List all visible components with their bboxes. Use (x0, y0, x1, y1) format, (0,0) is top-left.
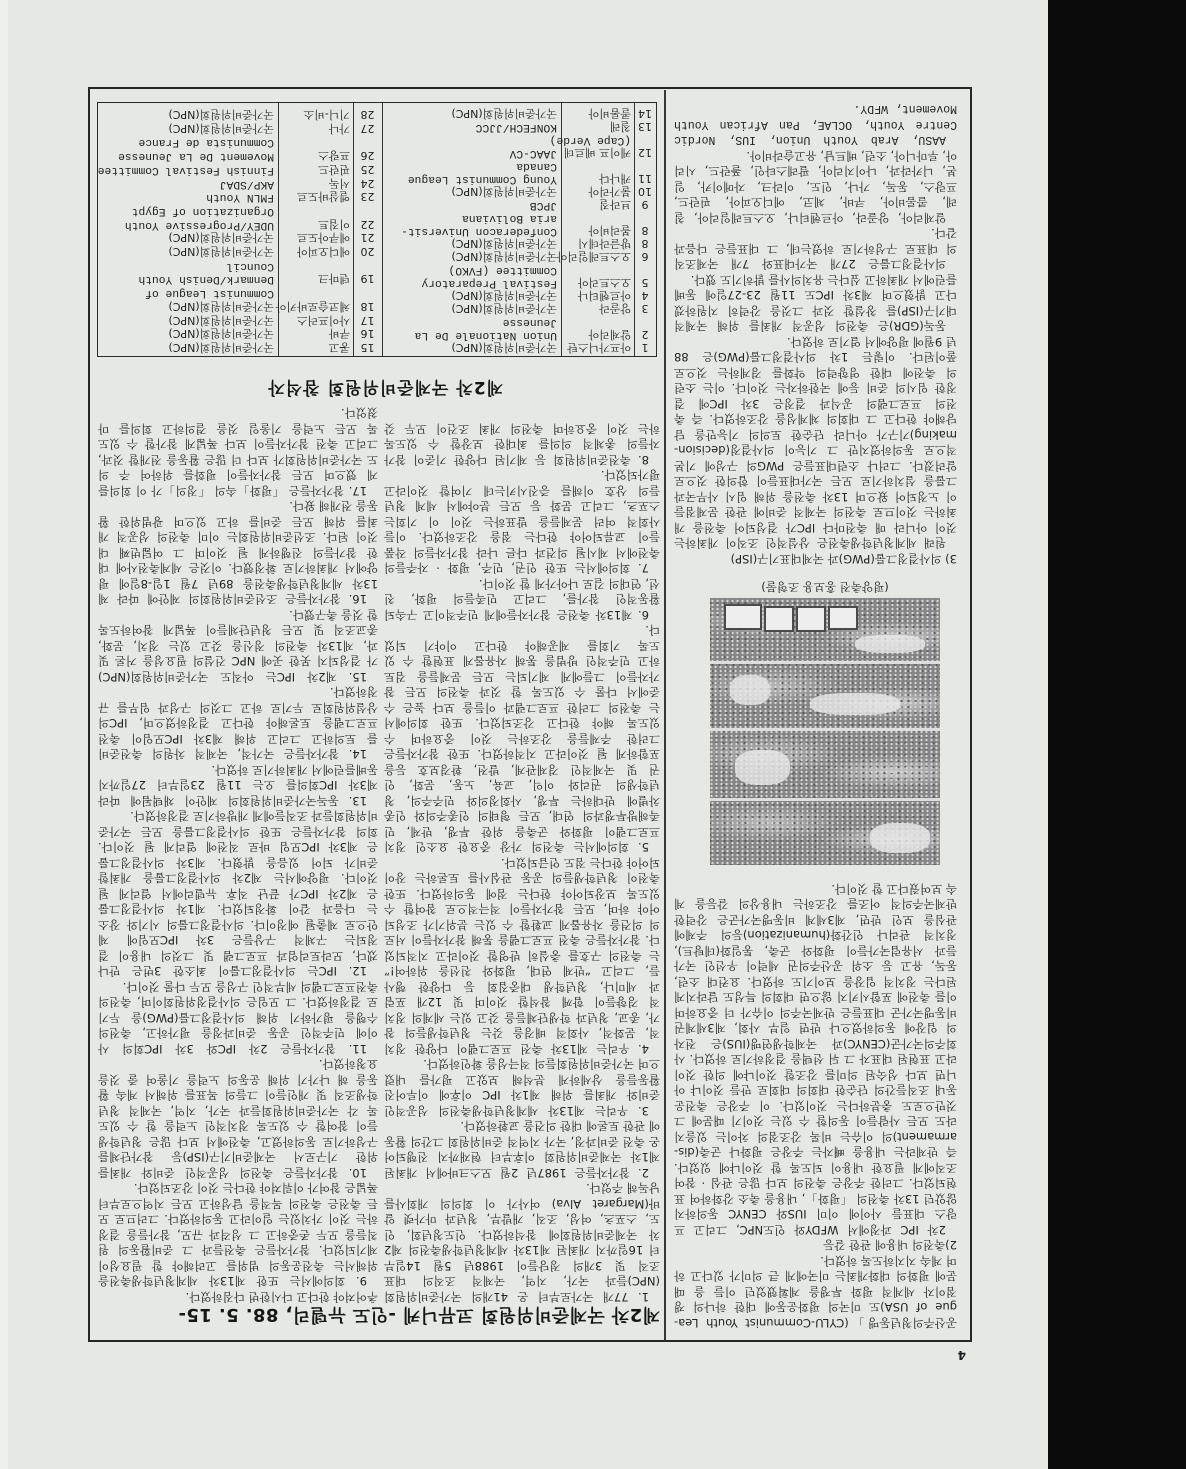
text-line: 동독(GDR)은 축전의 성공적 개최를 위해 국제적 (674, 318, 957, 334)
organization-line: 국가준비위원회(NPC) (98, 299, 274, 313)
text-line: 16. 참가자들은 조선준비위원회의 제안에 따라 제 (98, 591, 378, 607)
text-line: 자들의 총체적 의의를 최대한 보장할 수 있도록 (384, 436, 660, 452)
table-row: 27 가나 국가준비위원회(NPC) (98, 121, 382, 135)
column-1-upper: 공산주의청년동맹」(CYLU-Communist Youth Lea- gue … (674, 881, 957, 1331)
country-name: 에쿠아도르 (278, 231, 353, 245)
text-line: 이를 축전에 포함시키지 않으면 대회의 특성도 달라지게 (674, 989, 957, 1005)
table-row: 19 덴마크 Communist League ofDenmark/Denish… (98, 258, 382, 299)
text-line: 최하는 것이므로 축전의 국제적 준비에 관한 문제점들 (674, 504, 957, 520)
photo-lettering (828, 606, 858, 630)
organization-name: 국가준비위원회(NPC) (98, 121, 278, 135)
text-line: 그리고 축전 참가자들이 보다 폭넓게 참가할 수 있도 (98, 436, 378, 452)
text-line: 차 국제준비위원회에 참석하였다. 인도청년회, 인 (384, 1227, 660, 1243)
text-line: Centre Youth, OCLAE, Pan African Youth (674, 117, 957, 133)
country-name: 앙골라 (561, 302, 634, 315)
text-line: 4. 우리는 제13차 축전 프로그램이 다양한 정치 (384, 1041, 660, 1057)
text-line: 양에서 개최하기로 확정했다. 이것은 세계축전사에 대 (98, 560, 378, 576)
organization-line: 국가준비위원회(NPC) (382, 250, 557, 263)
text-line: 은 제3차 IPC모임 바로 직전에 열리게 될 것이다. (98, 839, 378, 855)
text-line: 준비가 되어 있음을 밝혔다. 제3차 의사결정그룹 (98, 855, 378, 871)
text-line: (NPC)들과 국가, 지역, 국제적 조직의 대표 (384, 1273, 660, 1289)
organization-line: Movement De La Jeunesse (98, 148, 274, 162)
organization-line: 국가준비위원회(NPC) (98, 327, 274, 341)
organization-line: 국가준비위원회(NPC) (382, 302, 557, 315)
text-line: 종교조직 및 모든 청년단체들이 폭넓게 참여하도록 (98, 622, 378, 638)
row-number: 25 (353, 162, 382, 176)
organization-line: Festival Preparatory (382, 276, 557, 289)
row-number: 8 (634, 211, 656, 237)
organization-name: 국가준비위원회(NPC) (98, 327, 278, 341)
text-line: 의 대표로 구성하기로 하였는데, 그 대표들은 다음과 (674, 241, 957, 257)
scanned-page: 4 제2차 국제준비위원회 코뮤니케 -인도 뉴델리, 88. 5. 15- 공… (0, 0, 1186, 1469)
organization-name: 국가준비위원회(NPC) (382, 289, 561, 302)
photo-highlight (810, 693, 900, 715)
text-line: 반제국주의적 어조를 강조하는 내용상의 갈등을 계 (674, 896, 957, 912)
organization-name: 국가준비위원회(NPC) (98, 313, 278, 327)
text-line: 과, 제13차 축전의 정신을 갖고 있는 정치, 문화, (98, 638, 378, 654)
photo-panel-divider (710, 798, 940, 801)
table-row: 5 오스트리아 Festival PreparatoryCommittee (F… (382, 263, 656, 289)
attendees-table-right: 15 콩고 국가준비위원회(NPC) 16 쿠바 국가준비위원회(NPC) 17… (98, 107, 382, 354)
text-line: 쳤었다. (98, 405, 378, 421)
row-number: 4 (634, 289, 656, 302)
row-number: 15 (353, 340, 382, 354)
country-name: 프랑스 (278, 135, 353, 162)
text-line: 풀이된다. 이렇든 1차 의사결정그룹(PWG)은 88 (674, 349, 957, 365)
text-line: 당해야 한다고 그 대회의 체계성을 강조하였다. 즉 축 (674, 411, 957, 427)
organization-name: 국가준비위원회(NPC) (382, 185, 561, 198)
text-line: 전의 프로그램의 공식과 결정은 3차 IPC에 결 (674, 396, 957, 412)
country-name: 엘살바도르 (278, 190, 353, 204)
text-line: 들이 참여할 수 있도록 정치적인 노력을 할 수 있도 (98, 1118, 378, 1134)
text-line: 속 보여줬다고 할 것이다. (674, 881, 957, 897)
organization-line: Denmark/Denish Youth (98, 272, 274, 286)
text-line: 12. IPC는 의사결정그룹이 최소한 3번은 만나 (98, 963, 378, 979)
organization-line: 국가준비위원회(NPC) (98, 244, 274, 258)
row-number: 26 (353, 135, 382, 162)
text-line: 축전프로그램의 세부적인 구성을 모두 다룰 것이다. (98, 979, 378, 995)
text-line: 동내 조직들간의 단순한 대회의 대회로 만들 것이냐 아 (674, 1082, 957, 1098)
text-line: 않았던 13차 축전의 「평화」, 내용을 축소 강화하여 표 (674, 1191, 957, 1207)
text-line: 라도 모든 사람들이 동의할 수 있는 것이기 때문에 그 (674, 1113, 957, 1129)
text-line: 원래 세계청년학생축전은 상설적인 조직이 개최하는 (674, 535, 957, 551)
text-line: 1. 77개 국가로부터 온 41개의 국가준비위원회 (384, 1289, 660, 1305)
organization-name: Confederacon Universit-aria Boliviana (382, 211, 561, 237)
text-line: 는 다음과 같이 확정되었다. 제1차 의사결정그룹 (98, 901, 378, 917)
country-name: 아르헨티나 (561, 289, 634, 302)
text-line: 11. 참가자들은 2차 IPC와 3차 IPC회의 사 (98, 1041, 378, 1057)
country-name: 알제리아 (561, 315, 634, 341)
table-row: 8 방글라데시 국가준비위원회(NPC) (382, 237, 656, 250)
organization-name: KONFECH/JJCC (382, 120, 561, 133)
organization-name: 국가준비위원회(NPC) (382, 107, 561, 120)
text-line: 문에 평화의 대화개최는 미국에게 큰 의미가 있다고 하 (674, 1268, 957, 1284)
text-line: 년 9월에 평양에서 열기로 하였다. (674, 334, 957, 350)
row-number: 16 (353, 327, 382, 341)
organization-name: Festival PreparatoryCommittee (FVKO) (382, 263, 561, 289)
text-line: 들의 상호 이해를 증진시키는데 기여할 것이라고 (384, 483, 660, 499)
text-line: 도, 스포츠, 여성, 조직, 개발부, 청년과 마가렛 알 (384, 1211, 660, 1227)
text-line: 도 국가준비위원회가 보다 더 많은 활동을 전개할 것과, (98, 452, 378, 468)
photo-lettering (724, 604, 762, 630)
column-3: 추어져야 한다고 다시한번 다짐하였다. 9. 회의에서는 또한 제13차 세계… (98, 405, 378, 1304)
text-line: 17. 참가자들은 「평화」속의 「정의」가 이 회의를 하 (98, 483, 378, 499)
text-line: 는 축전의 그러한 프로그램과 이들을 보다 높은 수 (384, 700, 660, 716)
country-name: 체코슬로바키아 (278, 299, 353, 313)
photo-highlight (855, 635, 925, 653)
text-line: 이 노정되어 왔으며 13차 축전을 위해 임시 사무국과 (674, 489, 957, 505)
text-line: 현되었다. 그러한 주장은 축전의 보다 많은 관심 · 참여 (674, 1175, 957, 1191)
attendees-table-left: 1 아프가니스탄 국가준비위원회(NPC) 2 알제리아 Union Natio… (382, 107, 656, 354)
text-line: 정치적 관리나 인간화(humanization)등의 주제에 (674, 927, 957, 943)
organization-name: 국가준비위원회(NPC) (382, 341, 561, 354)
organization-name: UDEY/Progressive YouthOrganization of Eg… (98, 203, 278, 230)
organization-line: JAAC-CV (382, 146, 557, 159)
organization-line: 국가준비위원회(NPC) (382, 289, 557, 302)
photo-panel-divider (710, 728, 940, 731)
organization-name: AKP/SDAJ (98, 176, 278, 190)
text-line: making)기구가 아니라 단순한 토의의 기능만을 담 (674, 427, 957, 443)
text-line: 같다. (674, 225, 957, 241)
text-line: 가자들이 그들에게 제기되는 모든 문제들을 검토 (384, 669, 660, 685)
text-line: 선, 연대의 길로 나아가게 할 것이다. (384, 576, 660, 592)
text-line: 록 각 국가준비위원회들과 국가, 지역, 국제적 청년 (98, 1103, 378, 1119)
table-row: 1 아프가니스탄 국가준비위원회(NPC) (382, 341, 656, 354)
organization-line: 국가준비위원회(NPC) (98, 340, 274, 354)
text-line: 의 의견을 자유롭게 교환할 수 있는 분위기가 조성되 (384, 917, 660, 933)
text-line: 칙들을 모두 존중하고 그 성격과 규모, 참가들을 결정 (98, 1227, 378, 1243)
section-subheading: 2)축전의 내용에 관한 갈등 (674, 1237, 957, 1253)
text-line: 활동들을 상세하게 분석해 보았고 평가를 내렸 (384, 1072, 660, 1088)
text-line: 들, 그리고 “반제 연대, 평화와 친선을 위하여!” (384, 963, 660, 979)
text-line: 알려졌다. 그러나 소련대표들은 PWG의 구성에 기본 (674, 458, 957, 474)
text-line: 최를 위해 모든 준비를 하고 있으며 광범위한 활 (98, 514, 378, 530)
organization-name: 국가준비위원회(NPC) (382, 302, 561, 315)
row-number: 2 (634, 315, 656, 341)
text-line: 레, 콜롬비아, 쿠바, 체코, 에디오피아, 핀란드, (674, 194, 957, 210)
text-line: 겠다, 모라토리엄과 프로그램 및 그것의 내용이 결 (98, 948, 378, 964)
text-line: 게 했으며 모든 참가자들이 평화를 위하여 주 의 (98, 467, 378, 483)
country-name: 쿠바 (278, 327, 353, 341)
organization-line: 국가준비위원회(NPC) (98, 231, 274, 245)
text-line: 축전에서 제시될 의견과 다른 나라 참가자들의 작품 (384, 545, 660, 561)
text-line: 2차 IPC 과정에서 WFDY와 인도NPC, 그리고 프 (674, 1222, 957, 1238)
festival-photo (710, 598, 940, 865)
text-line: 가 결성되지 못한 곳에 NPC 건설의 필요성을 거론 및 (98, 653, 378, 669)
text-line: 알제리아, 앙골라, 아르헨티나, 오스트레일리아, 칠 (674, 210, 957, 226)
text-line: 도록 기회를 제공해야 한다고 이야기 되었 (384, 638, 660, 654)
row-number: 8 (634, 237, 656, 250)
row-number: 5 (634, 263, 656, 289)
text-line: 어야 하며, 모든 참가자들이 적극적으로 참여할 수 (384, 901, 660, 917)
text-line: 준비와 개최를 위해 제1차 IPC 이후에 이루어진 (384, 1087, 660, 1103)
text-line: 7. 회의에서는 또한 인권, 민주, 평화 · 자주들의 (384, 560, 660, 576)
text-line: 비동맹국가군 대표들은 반제국주의 이슈가 더 중요하며 (674, 1005, 957, 1021)
row-number: 6 (634, 250, 656, 263)
text-line: 제3차 IPC회의를 오는 11월 23일부터 27일까지 (98, 777, 378, 793)
organization-line: Committee (FVKO) (382, 263, 557, 276)
text-line: 권 및 국제적인 경제관계, 발전, 환경보호 등을 (384, 762, 660, 778)
organization-name: 국가준비위원회(NPC) (98, 340, 278, 354)
organization-line: Council (98, 258, 274, 272)
text-line: 13차 세계청년학생축전을 89년 7월 1일-8일에 평 (98, 576, 378, 592)
text-line: 2. 참가자들은 1987년 2월 모스크바에서 개최된 (384, 1165, 660, 1181)
scanner-black-margin (1048, 0, 1186, 1469)
text-line: 으며 국가준비위원회들의 적극성을 확인하였다. (384, 1056, 660, 1072)
text-line: 바(Margaret Alva) 여사가 이 회의의 개회사를 (384, 1196, 660, 1212)
text-line: 로 결정하였다. 그 모임은 의사결정위원회이며, 축전의 (98, 994, 378, 1010)
column-1-lower: 3) 의사결정그룹(PWG)과 국제대표기구(ISP) 원래 세계청년학생축전은… (674, 101, 957, 566)
text-line: 된다는 정치적 입장을 보이기도 하였다. 요컨대 소련, (674, 974, 957, 990)
text-line: 온 축전 준비과정, 국가 지역적 준비위원회 그간의 활동 (384, 1134, 660, 1150)
table-row: 16 쿠바 국가준비위원회(NPC) (98, 327, 382, 341)
country-name: 콜롬비아 (561, 107, 634, 120)
text-line: 13. 동독국가준비위원회의 제안이 채택됨에 따라 (98, 793, 378, 809)
organization-line: Confederacon Universit- (382, 224, 557, 237)
text-line: 구성하기로 동의하였고, 축전에서 보다 많은 청년학생 (98, 1134, 378, 1150)
text-line: 추어져야 한다고 다시한번 다짐하였다. (98, 1289, 378, 1305)
text-line: 든 축전은 축전의 목적을 달성하고 모든 지역으로부터 (98, 1196, 378, 1212)
row-number: 1 (634, 341, 656, 354)
organization-line: JPCB (382, 198, 557, 211)
organization-line: 국가준비위원회(NPC) (382, 107, 557, 120)
country-name: 서독 (278, 176, 353, 190)
text-line: 라고 표현된 대표자 그 뒤 선택을 결정하기로 하였다. 사 (674, 1051, 957, 1067)
table-row: 28 기니-비소 국가준비위원회(NPC) (98, 107, 382, 121)
table-row: 10 불가리아 국가준비위원회(NPC) (382, 185, 656, 198)
text-line: 를린에서 개최하고 싶다는 유치의사를 밝히기도 했다. (674, 272, 957, 288)
text-line: 년학생의 권리와 이익, 교육, 노동, 문화, 인 (384, 777, 660, 793)
table-row: 21 에쿠아도르 국가준비위원회(NPC) (98, 231, 382, 245)
organization-name: Movement De La JeunesseCommunista de Fra… (98, 135, 278, 162)
text-line: 동베를린에서 개최하기로 하였다. (98, 762, 378, 778)
country-name: 캐나다 (561, 159, 634, 185)
country-name: 케이프 베르데(Cape Verde) (561, 133, 634, 159)
row-number: 19 (353, 272, 382, 286)
text-line: 10. 참가자들은 축전의 성공적인 준비와 개최를 (98, 1165, 378, 1181)
text-line: 다고 밝혔으며 제3차 IPC도 11월 23-27일에 동베 (674, 287, 957, 303)
text-line: 것만으로도 충분하다는 것이었다. 이 주장은 축전운 (674, 1098, 957, 1114)
row-number: 22 (353, 203, 382, 230)
text-line: Movement, WFDY. (674, 101, 957, 117)
text-line: 들이 교류되어야 한다는 점을 강조하였다. 이들 (384, 529, 660, 545)
text-line: 위한 기구로서 국제준비기구(ISP)등 참가단체를 (98, 1149, 378, 1165)
text-line: 6. 제13차 축전은 참가자들에게 민주적이고 구속되지 않은 (384, 607, 660, 623)
row-number: 13 (634, 120, 656, 133)
table-row: 11 캐나다 Young Communist LeagueCanada (382, 159, 656, 185)
table-row: 26 프랑스 Movement De La JeunesseCommunista… (98, 135, 382, 162)
text-line: 회의 참가자들은 또한 의사결정그룹을 모든 국가준 (98, 824, 378, 840)
table-row: 18 체코슬로바키아 국가준비위원회(NPC) (98, 299, 382, 313)
text-line: 있도록 해야 한다고 강조되었다. 또한 회의에서 (384, 715, 660, 731)
text-line: 랑스 대표들 사이에 이미 IUS와 CENYC 동의하지 (674, 1206, 957, 1222)
organization-line: Jeunesse (382, 315, 557, 328)
text-line: 본, 니카라과, 나이지리아, 팔레스타인, 폴란드, 시리 (674, 163, 957, 179)
attendees-title: 제2차 국제준비위원회 참석자 (267, 376, 503, 398)
text-line: 동을 전개해 왔다. (98, 498, 378, 514)
text-line: 제기되었다. 참가자들은 축전들과 그 준비활동의 원 (98, 1242, 378, 1258)
text-line: 비위원회들과 조직들에게 개방하기로 결정하였다. (98, 808, 378, 824)
text-line: 동독, 유고 등 소위 공산주의권 세력이 우선인 국가 (674, 958, 957, 974)
table-row: 24 서독 AKP/SDAJ (98, 176, 382, 190)
scan-edge (0, 0, 8, 1469)
organization-line: 국가준비위원회(NPC) (98, 107, 274, 121)
page-title: 제2차 국제준비위원회 코뮤니케 -인도 뉴델리, 88. 5. 15- (178, 1303, 660, 1325)
text-line: 위해서는 축전운동의 범위를 고려해야 할 필요성이 (98, 1258, 378, 1274)
row-number: 17 (353, 313, 382, 327)
organization-name: 국가준비위원회(NPC) (382, 237, 561, 250)
country-name: 오스트리아 (561, 263, 634, 289)
text-line: 조직 및 3개의 정당들이 1988년 5월 14일부 (384, 1258, 660, 1274)
text-line: 의 축전에 대한 영향력의 약화를 경계하는 것으로 (674, 365, 957, 381)
country-name: 칠레 (561, 120, 634, 133)
text-line: 할 것을 촉구했다. (98, 607, 378, 623)
text-line: 5. 회의에서는 축전의 가장 중요한 요소인 정치 (384, 839, 660, 855)
text-line: 다. (384, 622, 660, 638)
text-line: 것이다. 평양에서는 제2차 의사결정그룹을 개최할 (98, 870, 378, 886)
text-line: 되어야 한다는 점도 언급되었다. (384, 855, 660, 871)
text-line: 족해방투쟁과의 연대, 모든 형태의 인종주의와 인종 (384, 808, 660, 824)
text-line: 차별에 반대하는 투쟁, 사회정의와 민주주의, 청 (384, 793, 660, 809)
text-line: 록 모든 노력을 기울일 것을 결의하고 회의를 마 (98, 421, 378, 437)
organization-line: UDEY/Progressive Youth (98, 217, 274, 231)
country-name: 불가리아 (561, 185, 634, 198)
text-line: 며 계속 지지하도록 하였다. (674, 1253, 957, 1269)
text-line: 정하였다. (98, 684, 378, 700)
text-line: 하는 것이 중요하며 축전의 개최 조건이 모두 갖 (384, 421, 660, 437)
text-line: 그룹을 설치하기로 모든 국가대표들이 합의한 것으로 (674, 473, 957, 489)
table-row: 6 오스트레일리아 국가준비위원회(NPC) (382, 250, 656, 263)
organization-line: Communista de France (98, 135, 274, 149)
table-row: 14 콜롬비아 국가준비위원회(NPC) (382, 107, 656, 120)
country-name: 핀란드 (278, 162, 353, 176)
text-line: 8. 축전준비위원회 등 제기된 다양한 기준이 참가 (384, 452, 660, 468)
text-line: 점이자 세계적 평화 투쟁을 계획했었던 이들 을 때 (674, 1284, 957, 1300)
photo-lettering (764, 606, 794, 632)
organization-line: 국가준비위원회(NPC) (382, 341, 557, 354)
organization-name: 국가준비위원회(NPC) (98, 107, 278, 121)
text-line: 대기구(ISP)를 창설할 것과 그것을 강력히 지원하겠 (674, 303, 957, 319)
organization-line: aria Boliviana (382, 211, 557, 224)
text-line: 15. 제2차 IPC는 아직도 국가준비위원회(NPC) (98, 669, 378, 685)
text-line: 축전이 청년학생들의 공동 관심사를 토론하는 장이 (384, 870, 660, 886)
row-number: 14 (634, 107, 656, 120)
country-name: 사이프러스 (278, 313, 353, 327)
organization-line: 국가준비위원회(NPC) (382, 237, 557, 250)
photo-highlight (730, 675, 770, 705)
text-line: 것이 아니라 매 축전마다 IPC가 결성되어 축전을 개 (674, 520, 957, 536)
organization-name: JAAC-CV (382, 133, 561, 159)
photo-panel-divider (710, 661, 940, 664)
text-line: 제1차 국제준비위원회 이후부터 현재까지 진행되어 (384, 1149, 660, 1165)
page-number: 4 (958, 1348, 966, 1362)
organization-line: KONFECH/JJCC (382, 120, 557, 133)
country-name: 아프가니스탄 (561, 341, 634, 354)
text-line: 활동적인 참가를, 그리고 민족들의 평화, 친 (384, 591, 660, 607)
text-line: 이에 민주적인 공동 준비과정을 평가하고, 축전의 (98, 1025, 378, 1041)
text-line: 관심을 보인 반면, 제3세계 비동맹국가군은 강력한 (674, 912, 957, 928)
column-2: 1. 77개 국가로부터 온 41개의 국가준비위원회 (NPC)들과 국가, … (384, 421, 660, 1305)
organization-name: Finnish Festival Committee (98, 162, 278, 176)
row-number: 18 (353, 299, 382, 313)
organization-name: 국가준비위원회(NPC) (98, 231, 278, 245)
text-line: 폭넓은 참여가 이뤄져야 한다는 것이 강조되었다. (98, 1180, 378, 1196)
text-line: 그러한 주제들을 강조하는 것이 중요하며 수 (384, 731, 660, 747)
text-line: 정되는 구체적 구상들은 3차 IPC모임에 제 (98, 932, 378, 948)
text-line: 수행을 평가하기 위해 의사결정그룹(PWG)을 두기 (98, 1010, 378, 1026)
text-line: 학생조직 및 개인들이 그들의 목표를 위해서 계속 활 (98, 1087, 378, 1103)
text-line: armament)의 이슈는 비록 강조점의 차이는 있을지 (674, 1129, 957, 1145)
organization-name: Union Nationale De LaJeunesse (382, 315, 561, 341)
text-line: 적 경향들이 함께 참석할 것이며 및 12개 포럼 (384, 994, 660, 1010)
row-number: 21 (353, 231, 382, 245)
table-row: 9 브라질 JPCB (382, 198, 656, 211)
photo-lettering (796, 606, 826, 632)
text-line: AASU, Arab Youth Union, IUS, Nordic (674, 132, 957, 148)
row-number: 27 (353, 121, 382, 135)
text-line: 포함하게 될 것이라고 지적하였다. 또한 참가자들은 (384, 746, 660, 762)
country-name: 콩고 (278, 340, 353, 354)
organization-name: FMLN Youth (98, 190, 278, 204)
organization-name: 국가준비위원회(NPC) (98, 299, 278, 313)
row-number: 11 (634, 159, 656, 185)
text-line: 낭독해 주었다. (384, 1180, 660, 1196)
table-row: 25 핀란드 Finnish Festival Committee (98, 162, 382, 176)
text-line: 의사결정그룹은 27개 국가대표와 7개 국제조직 (674, 256, 957, 272)
text-line: 한 참가들의 진행하게 될 것이며 그 여덟번째 대 (98, 545, 378, 561)
table-row: 3 앙골라 국가준비위원회(NPC) (382, 302, 656, 315)
text-line: 평가되었다. (384, 467, 660, 483)
organization-line: 국가준비위원회(NPC) (98, 313, 274, 327)
table-row: 12 케이프 베르데(Cape Verde) JAAC-CV (382, 133, 656, 159)
text-line: 프랑스, 동독, 가나, 인도, 이라크, 자메이카, 일 (674, 179, 957, 195)
text-line: 스포츠, 그리고 문화 등 모든 분야에서 세계 청년 (384, 498, 660, 514)
text-line: 다. 참가자들은 축전 프로그램을 통해 참가자들이 서로 (384, 932, 660, 948)
row-number: 10 (634, 185, 656, 198)
text-line: 터 16일까지 개최된 제13차 세계청년학생축전의 제2 (384, 1242, 660, 1258)
text-line: 조직에게 필요한 내용이 되도록 할 것이냐에 있었다. (674, 1160, 957, 1176)
row-number: 28 (353, 107, 382, 121)
text-line: 상설위원회로 두기로 하고 그것의 구성과 임무를 규 (98, 700, 378, 716)
row-number: 12 (634, 133, 656, 159)
country-name: 이집트 (278, 203, 353, 230)
table-row: 20 에디오피아 국가준비위원회(NPC) (98, 244, 382, 258)
table-row: 23 엘살바도르 FMLN Youth (98, 190, 382, 204)
country-name: 브라질 (561, 198, 634, 211)
text-line: 하는 것이 가치있는 일이라고 동의하였다. 그러므로 모 (98, 1211, 378, 1227)
attendees-table: 1 아프가니스탄 국가준비위원회(NPC) 2 알제리아 Union Natio… (97, 102, 657, 357)
organization-name: 국가준비위원회(NPC) (382, 250, 561, 263)
country-name: 오스트레일리아 (561, 250, 634, 263)
text-line: 의 입장에 동의하였으나 반면 일부 사회, 제3세계권 (674, 1020, 957, 1036)
text-line: 준에서 다룰 수 있도록 할 것과 축전의 모든 참 (384, 684, 660, 700)
table-row: 4 아르헨티나 국가준비위원회(NPC) (382, 289, 656, 302)
text-line: 요청하였다. (98, 1056, 378, 1072)
text-line: 은 제2차 IPC가 끝난 직후 뉴델리에서 열리게 될 (98, 886, 378, 902)
country-note: (Cape Verde) (561, 133, 631, 146)
photo-caption: (평양축전 홍보용 조형물) (710, 580, 940, 594)
text-line: 는 축전의 구호를 충실히 반영할 것이라고 지적되었 (384, 948, 660, 964)
organization-line: Young Communist League (382, 172, 557, 185)
photo-highlight (735, 750, 790, 785)
organization-line: Canada (382, 159, 557, 172)
organization-name: Communist League ofDenmark/Denish YouthC… (98, 258, 278, 299)
table-row: 2 알제리아 Union Nationale De LaJeunesse (382, 315, 656, 341)
row-number: 23 (353, 190, 382, 204)
organization-line: AKP/SDAJ (98, 176, 274, 190)
text-line: 프로그램이 평화와 군축을 위한 투쟁, 반제, 민 (384, 824, 660, 840)
organization-name: Young Communist LeagueCanada (382, 159, 561, 185)
